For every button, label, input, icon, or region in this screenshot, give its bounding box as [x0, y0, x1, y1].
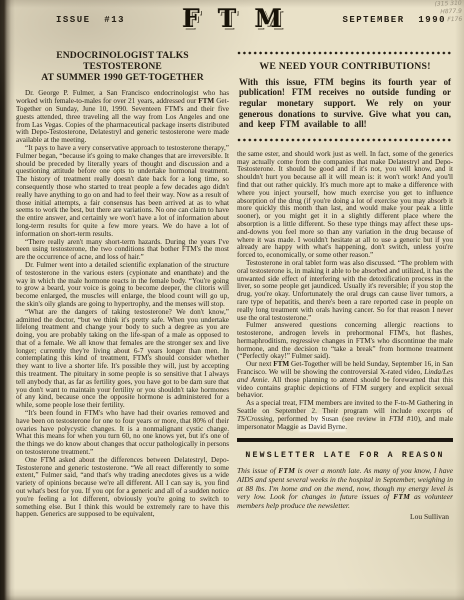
- dotted-divider-top: [237, 51, 453, 55]
- logo-letter-m: M: [254, 4, 282, 33]
- paragraph: AT SUMMER 1990 GET-TOGETHER: [16, 73, 229, 84]
- logo-letter-t: T: [218, 4, 237, 33]
- paragraph: the same ester, and should work just as …: [237, 151, 453, 260]
- paragraph: F176: [388, 16, 462, 27]
- paragraph: “It's been found in FTM's who have had t…: [16, 410, 229, 457]
- article-headline: ENDOCRINOLOGIST TALKS TESTOSTERONEAT SUM…: [16, 51, 229, 83]
- paragraph: “It pays to have a very conservative app…: [16, 145, 229, 239]
- ftm-logo: FTM: [173, 4, 291, 33]
- paragraph: Our next FTM Get-Together will be held S…: [237, 361, 453, 400]
- paragraph: “What are the dangers of taking testoste…: [16, 309, 229, 410]
- paragraph: Dr. Fulmer went into a detailed scientif…: [16, 262, 229, 309]
- handwritten-call-number: (315 310H877.9F176: [388, 0, 463, 26]
- late-section-signature: Lou Sullivan: [237, 513, 453, 521]
- left-column: ENDOCRINOLOGIST TALKS TESTOSTERONEAT SUM…: [16, 49, 229, 519]
- paragraph: As a special treat, FTM members are invi…: [237, 400, 453, 431]
- paragraph: One FTM asked about the differences betw…: [16, 457, 229, 519]
- late-section-title: NEWSLETTER LATE FOR A REASON: [237, 452, 453, 460]
- paragraph: Fulmer answered questions concerning all…: [237, 322, 453, 361]
- logo-letter-f: F: [182, 4, 200, 33]
- paragraph: Testosterone in oral tablet form was als…: [237, 260, 453, 322]
- paragraph: “There really aren't many short-term haz…: [16, 239, 229, 262]
- issue-number: ISSUE #13: [56, 15, 125, 25]
- right-column: WE NEED YOUR CONTRIBUTIONS! With this is…: [237, 49, 453, 521]
- newsletter-page-scan: ISSUE #13 FTM SEPTEMBER 1990 (315 310H87…: [0, 0, 464, 600]
- dotted-divider-bottom: [237, 138, 453, 142]
- article-body-right: the same ester, and should work just as …: [237, 151, 453, 432]
- section-rule: [237, 438, 453, 442]
- paragraph: ENDOCRINOLOGIST TALKS TESTOSTERONE: [16, 51, 229, 73]
- late-section-body: This issue of FTM is over a month late. …: [237, 467, 453, 512]
- article-body-left: Dr. George P. Fulmer, a San Francisco en…: [16, 90, 229, 519]
- contributions-box-body: With this issue, FTM begins its fourth y…: [239, 77, 451, 130]
- contributions-box-title: WE NEED YOUR CONTRIBUTIONS!: [237, 63, 453, 71]
- paragraph: Dr. George P. Fulmer, a San Francisco en…: [16, 90, 229, 145]
